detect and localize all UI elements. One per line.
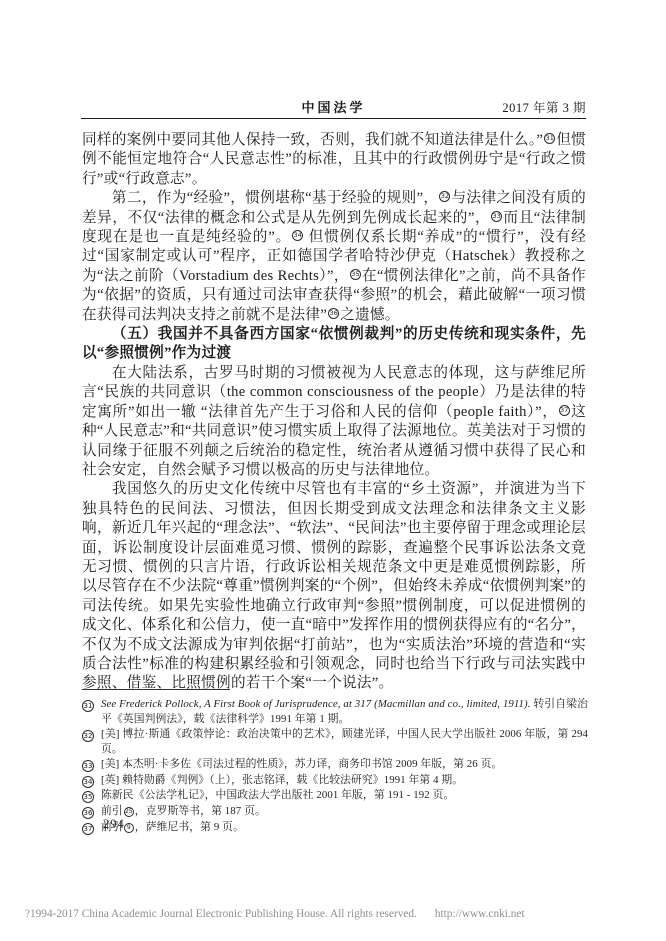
footnote-marker: 31 [544,133,555,144]
footer-copyright: ?1994-2017 China Academic Journal Electr… [25,908,417,920]
footnote-number: 35 [82,791,94,803]
footnote-item: 36前引25，克罗斯等书，第 187 页。 [82,804,588,820]
header-rule [81,118,586,119]
body-paragraph: 同样的案例中要同其他人保持一致，否则，我们就不知道法律是什么。”31但惯例不能恒… [82,131,586,189]
footnote-number: 33 [82,760,94,772]
footnote-number: 31 [82,700,94,712]
footnote-number: 37 [82,823,94,835]
footnote-number-cell: 35 [82,788,101,804]
footnote-number-cell: 32 [82,727,101,743]
footnote-text: 前引25，克罗斯等书，第 187 页。 [101,804,588,819]
article-body: 同样的案例中要同其他人保持一致，否则，我们就不知道法律是什么。”31但惯例不能恒… [82,131,586,694]
page-footer: ?1994-2017 China Academic Journal Electr… [25,908,645,920]
footnote-text: [美] 博拉·斯通《政策悖论：政治决策中的艺术》，顾建光译，中国人民大学出版社 … [101,727,588,757]
journal-page: 中国法学 2017 年第 3 期 同样的案例中要同其他人保持一致，否则，我们就不… [0,0,666,941]
footnote-number: 34 [82,776,94,788]
footnote-marker: 33 [491,211,502,222]
footnote-number-cell: 36 [82,804,101,820]
footnote-text: 前引9，萨维尼书，第 9 页。 [101,820,588,835]
footnote-text: 陈新民《公法学札记》，中国政法大学出版社 2001 年版，第 191 - 192… [101,788,588,803]
footnote-marker: 34 [292,230,303,241]
footer-url: http://www.cnki.net [435,908,525,920]
footnote-number: 36 [82,807,94,819]
body-paragraph: 我国悠久的历史文化传统中尽管也有丰富的“乡土资源”，并演进为当下独具特色的民间法… [82,480,586,693]
italic-citation: See Frederick Pollock, A First Book of J… [101,698,533,710]
footnote-marker: 32 [439,191,450,202]
footnote-number-cell: 33 [82,757,101,773]
footnote-marker: 37 [559,405,570,416]
footnote-number-cell: 31 [82,697,101,713]
footnote-text: [英] 赖特勋爵《判例》（上），张志铭译，载《比较法研究》1991 年第 4 期… [101,773,588,788]
section-heading: （五）我国并不具备西方国家“依惯例裁判”的历史传统和现实条件，先以“参照惯例”作… [82,325,586,364]
footnote-number-cell: 37 [82,820,101,836]
footnote-marker: 35 [350,269,361,280]
page-number: 294 [103,817,125,832]
body-paragraph: 在大陆法系，古罗马时期的习惯被视为人民意志的体现，这与萨维尼所言“民族的共同意识… [82,364,586,480]
body-paragraph: 第二，作为“经验”，惯例堪称“基于经验的规则”，32与法律之间没有质的差异，不仅… [82,189,586,325]
footnote-number-cell: 34 [82,773,101,789]
footnote-text: [美] 本杰明·卡多佐《司法过程的性质》，苏力译，商务印书馆 2009 年版，第… [101,757,588,772]
footnote-item: 32[美] 博拉·斯通《政策悖论：政治决策中的艺术》，顾建光译，中国人民大学出版… [82,727,588,757]
footnote-item: 37前引9，萨维尼书，第 9 页。 [82,820,588,836]
page-header: 中国法学 2017 年第 3 期 [81,97,586,117]
footnote-marker: 25 [124,807,134,817]
footnotes-section: 31See Frederick Pollock, A First Book of… [82,697,588,836]
footnote-item: 34[英] 赖特勋爵《判例》（上），张志铭译，载《比较法研究》1991 年第 4… [82,773,588,789]
footnote-item: 31See Frederick Pollock, A First Book of… [82,697,588,727]
footnote-separator [82,689,230,690]
footnote-item: 33[美] 本杰明·卡多佐《司法过程的性质》，苏力译，商务印书馆 2009 年版… [82,757,588,773]
footnote-marker: 36 [328,308,339,319]
footnote-text: See Frederick Pollock, A First Book of J… [101,697,588,727]
footnote-marker: 9 [124,823,134,833]
footnote-item: 35陈新民《公法学札记》，中国政法大学出版社 2001 年版，第 191 - 1… [82,788,588,804]
issue-label: 2017 年第 3 期 [502,98,586,116]
footnote-number: 32 [82,730,94,742]
